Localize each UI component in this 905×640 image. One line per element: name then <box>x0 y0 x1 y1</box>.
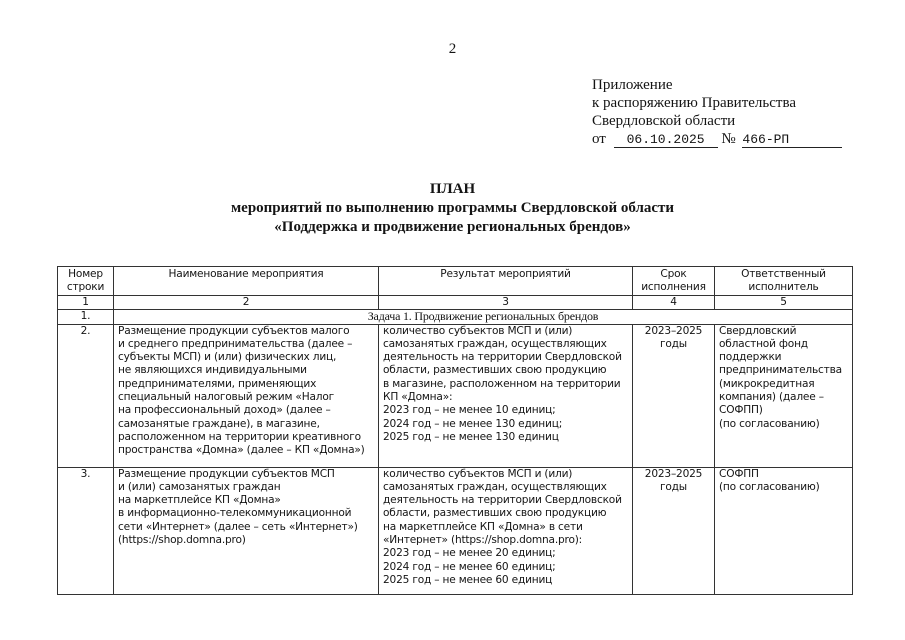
task-row: 1. Задача 1. Продвижение региональных бр… <box>58 310 853 324</box>
header-executor: Ответственный исполнитель <box>715 267 853 296</box>
column-number: 3 <box>379 296 633 310</box>
header-result: Результат мероприятий <box>379 267 633 296</box>
table-header-row: Номер строки Наименование мероприятия Ре… <box>58 267 853 296</box>
row-number: 3. <box>58 467 114 594</box>
column-number: 5 <box>715 296 853 310</box>
order-number: 466-РП <box>742 133 842 148</box>
task-title: Задача 1. Продвижение региональных бренд… <box>114 310 853 324</box>
header-row-number: Номер строки <box>58 267 114 296</box>
event-name: Размещение продукции субъектов малого и … <box>114 324 379 467</box>
event-result: количество субъектов МСП и (или) самозан… <box>379 467 633 594</box>
event-executor: Свердловский областной фонд поддержки пр… <box>715 324 853 467</box>
appendix-line: Свердловской области <box>592 112 842 130</box>
appendix-header: Приложение к распоряжению Правительства … <box>592 76 842 148</box>
event-result: количество субъектов МСП и (или) самозан… <box>379 324 633 467</box>
column-number: 2 <box>114 296 379 310</box>
column-number: 4 <box>633 296 715 310</box>
number-prefix: № <box>721 131 735 147</box>
order-date: 06.10.2025 <box>614 133 718 148</box>
column-number: 1 <box>58 296 114 310</box>
title-line: ПЛАН <box>0 180 905 199</box>
event-name: Размещение продукции субъектов МСП и (ил… <box>114 467 379 594</box>
header-term: Срок исполнения <box>633 267 715 296</box>
date-prefix: от <box>592 131 606 147</box>
appendix-line: Приложение <box>592 76 842 94</box>
task-number: 1. <box>58 310 114 324</box>
page-number: 2 <box>0 41 905 58</box>
document-title: ПЛАН мероприятий по выполнению программы… <box>0 180 905 237</box>
column-number-row: 1 2 3 4 5 <box>58 296 853 310</box>
table-row: 3. Размещение продукции субъектов МСП и … <box>58 467 853 594</box>
row-number: 2. <box>58 324 114 467</box>
title-line: мероприятий по выполнению программы Свер… <box>0 199 905 218</box>
table-row: 2. Размещение продукции субъектов малого… <box>58 324 853 467</box>
appendix-date-line: от 06.10.2025 № 466-РП <box>592 130 842 148</box>
appendix-line: к распоряжению Правительства <box>592 94 842 112</box>
event-term: 2023–2025 годы <box>633 467 715 594</box>
event-executor: СОФПП (по согласованию) <box>715 467 853 594</box>
plan-table: Номер строки Наименование мероприятия Ре… <box>57 266 853 595</box>
header-event-name: Наименование мероприятия <box>114 267 379 296</box>
title-line: «Поддержка и продвижение региональных бр… <box>0 218 905 237</box>
event-term: 2023–2025 годы <box>633 324 715 467</box>
